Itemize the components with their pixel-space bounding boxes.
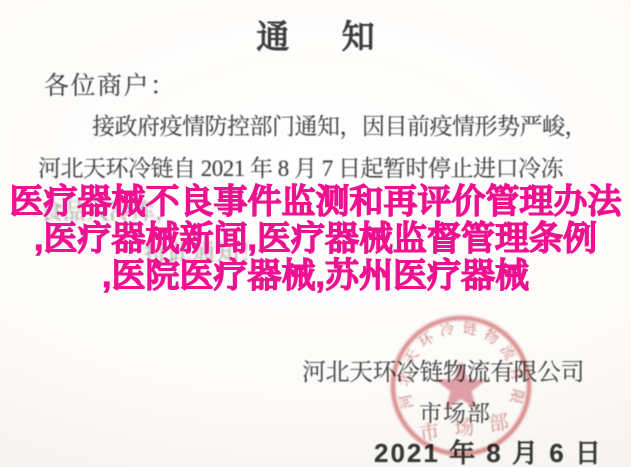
salutation: 各位商户：	[44, 66, 177, 102]
notice-photo: 通 知 各位商户： 接政府疫情防控部门通知，因目前疫情形势严峻， 河北天环冷链自…	[0, 0, 631, 467]
seal-star-icon	[435, 361, 486, 410]
body-line-2: 河北天环冷链自 2021 年 8 月 7 日起暂时停止进口冷冻	[38, 150, 563, 183]
seo-watermark: 医疗器械不良事件监测和再评价管理办法 ,医疗器械新闻,医疗器械监督管理条例 ,医…	[0, 184, 631, 295]
seal-bottom-text: 市场部	[418, 408, 525, 445]
watermark-line-1: 医疗器械不良事件监测和再评价管理办法	[0, 184, 631, 221]
body-line-1: 接政府疫情防控部门通知，因目前疫情形势严峻，	[92, 108, 587, 141]
watermark-line-3: ,医院医疗器械,苏州医疗器械	[0, 258, 631, 295]
company-seal-stamp: 河北天环冷链物流有限公司 市场部	[387, 312, 535, 460]
watermark-line-2: ,医疗器械新闻,医疗器械监督管理条例	[0, 221, 631, 258]
notice-title: 通 知	[0, 11, 631, 58]
